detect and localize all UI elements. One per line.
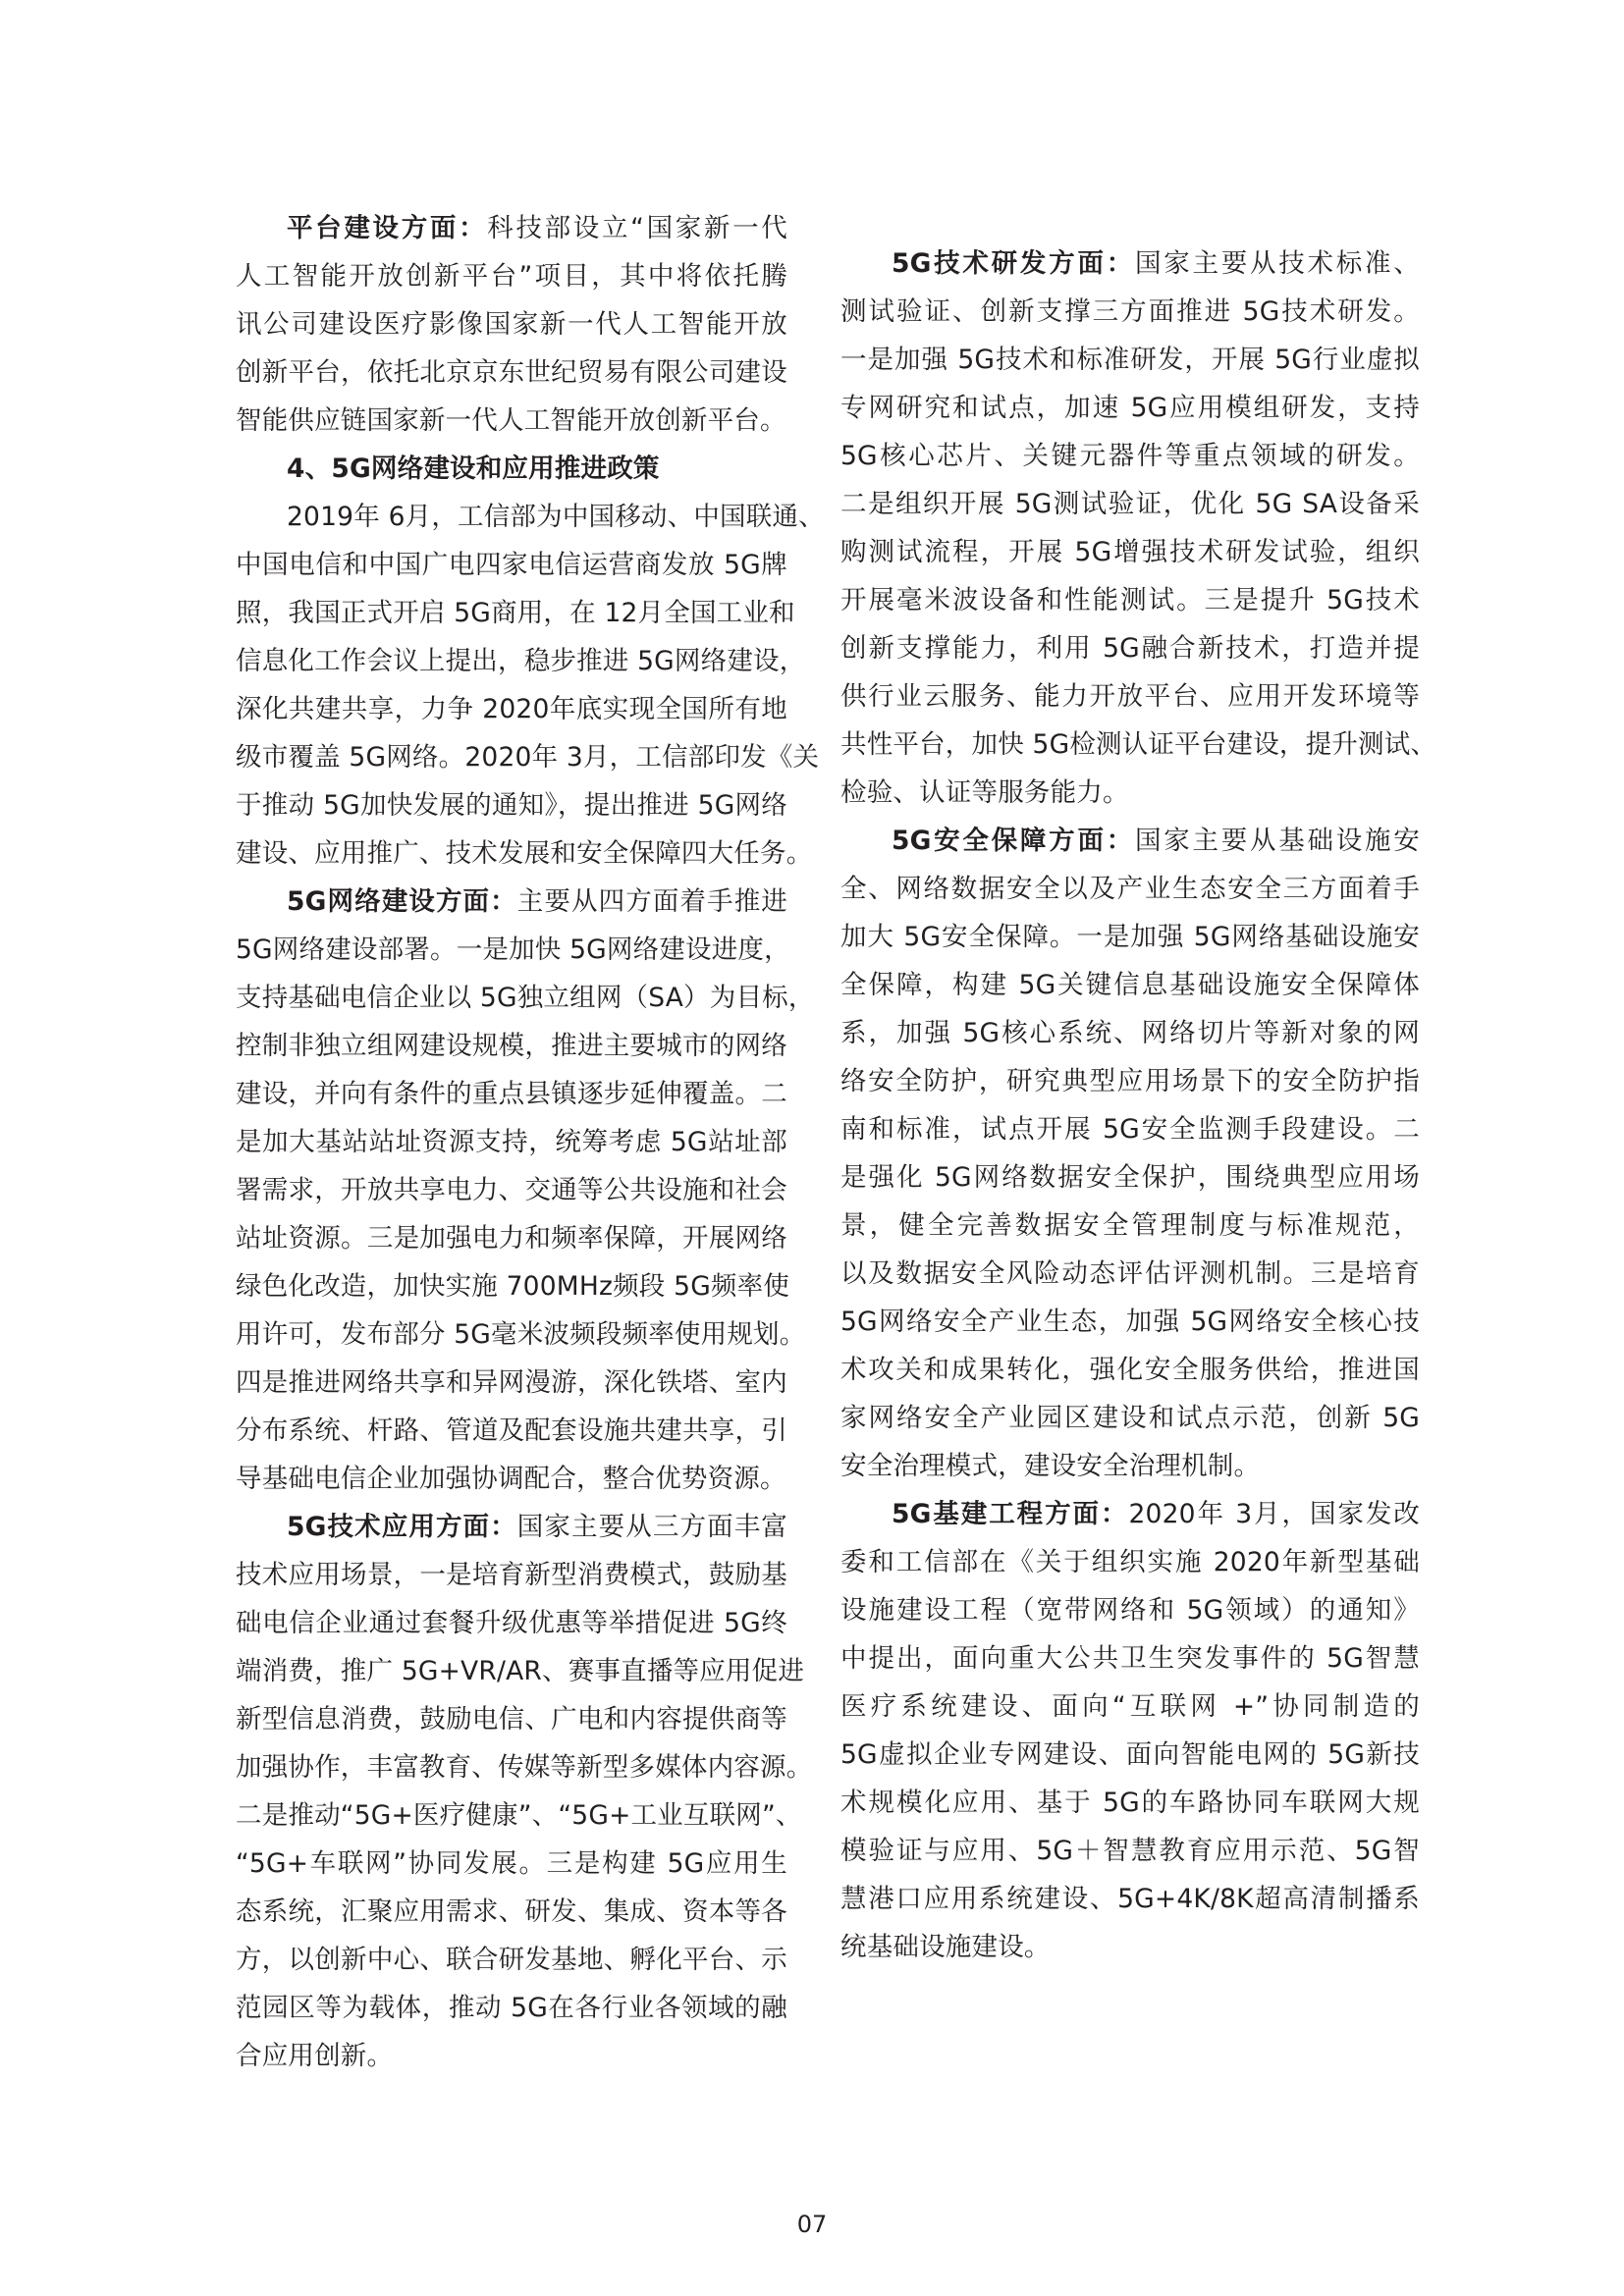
text-line: 技术应用场景，一是培育新型消费模式，鼓励基 [236,1551,787,1599]
text-line: 态系统，汇聚应用需求、研发、集成、资本等各 [236,1888,787,1936]
document-page: 平台建设方面：科技部设立“国家新一代 人工智能开放创新平台”项目，其中将依托腾 … [0,0,1624,2296]
paragraph-5g-infrastructure: 5G基建工程方面：2020年 3月，国家发改 委和工信部在《关于组织实施 202… [840,1490,1420,1971]
text-line: 测试验证、创新支撑三方面推进 5G技术研发。 [840,288,1420,336]
text-line: 统基础设施建设。 [840,1923,1420,1971]
text-line: 站址资源。三是加强电力和频率保障，开展网络 [236,1214,787,1262]
text-line: 四是推进网络共享和异网漫游，深化铁塔、室内 [236,1359,787,1407]
text-line: 建设，并向有条件的重点县镇逐步延伸覆盖。二 [236,1070,787,1118]
paragraph-5g-policy-intro: 2019年 6月，工信部为中国移动、中国联通、 中国电信和中国广电四家电信运营商… [236,493,787,878]
text-line: 中提出，面向重大公共卫生突发事件的 5G智慧 [840,1634,1420,1682]
text-line: 中国电信和中国广电四家电信运营商发放 5G牌 [236,541,787,589]
text-line: 5G网络建设部署。一是加快 5G网络建设进度， [236,926,787,974]
paragraph-5g-technology-application: 5G技术应用方面：国家主要从三方面丰富 技术应用场景，一是培育新型消费模式，鼓励… [236,1503,787,2080]
text-line: 于推动 5G加快发展的通知》，提出推进 5G网络 [236,781,787,829]
text-line: 加大 5G安全保障。一是加强 5G网络基础设施安 [840,913,1420,961]
text-line: 术规模化应用、基于 5G的车路协同车联网大规 [840,1779,1420,1827]
text-line: 2019年 6月，工信部为中国移动、中国联通、 [236,493,787,541]
text-line: 专网研究和试点，加速 5G应用模组研发，支持 [840,384,1420,432]
paragraph-platform-construction: 平台建设方面：科技部设立“国家新一代 人工智能开放创新平台”项目，其中将依托腾 … [236,204,787,445]
text-line: 端消费，推广 5G+VR/AR、赛事直播等应用促进 [236,1647,787,1695]
text-line: 用许可，发布部分 5G毫米波频段频率使用规划。 [236,1310,787,1359]
text-line: 级市覆盖 5G网络。2020年 3月，工信部印发《关 [236,733,787,781]
text-line: 建设、应用推广、技术发展和安全保障四大任务。 [236,829,787,878]
text-line: 讯公司建设医疗影像国家新一代人工智能开放 [236,300,787,348]
text-line: 安全治理模式，建设安全治理机制。 [840,1442,1420,1490]
text-line: 开展毫米波设备和性能测试。三是提升 5G技术 [840,576,1420,624]
text-line: 术攻关和成果转化，强化安全服务供给，推进国 [840,1346,1420,1394]
text-line: 一是加强 5G技术和标准研发，开展 5G行业虚拟 [840,336,1420,384]
text-line: 加强协作，丰富教育、传媒等新型多媒体内容源。 [236,1743,787,1791]
text-line: 医疗系统建设、面向“互联网 +”协同制造的 [840,1682,1420,1731]
text-line: 照，我国正式开启 5G商用，在 12月全国工业和 [236,589,787,637]
text-line: 二是推动“5G+医疗健康”、“5G+工业互联网”、 [236,1791,787,1840]
text-line: 全保障，构建 5G关键信息基础设施安全保障体 [840,961,1420,1009]
text-line: 供行业云服务、能力开放平台、应用开发环境等 [840,672,1420,721]
text-line: 信息化工作会议上提出，稳步推进 5G网络建设， [236,637,787,685]
text-line: 5G虚拟企业专网建设、面向智能电网的 5G新技 [840,1731,1420,1779]
page-number: 07 [0,2211,1624,2238]
text-line: 导基础电信企业加强协调配合，整合优势资源。 [236,1455,787,1503]
text-line: 支持基础电信企业以 5G独立组网（SA）为目标， [236,974,787,1022]
text-line: 深化共建共享，力争 2020年底实现全国所有地 [236,685,787,733]
paragraph-lead: 5G基建工程方面： [892,1499,1128,1529]
text-line: 5G技术研发方面：国家主要从技术标准、 [840,240,1420,288]
paragraph-lead: 平台建设方面： [287,213,487,243]
text-line: 委和工信部在《关于组织实施 2020年新型基础 [840,1538,1420,1586]
text-line: 检验、认证等服务能力。 [840,769,1420,817]
text-line: 系，加强 5G核心系统、网络切片等新对象的网 [840,1009,1420,1057]
text-line: 范园区等为载体，推动 5G在各行业各领域的融 [236,1984,787,2032]
text-line: 是强化 5G网络数据安全保护，围绕典型应用场 [840,1153,1420,1201]
text-line: 是加大基站站址资源支持，统筹考虑 5G站址部 [236,1118,787,1166]
paragraph-lead: 5G安全保障方面： [892,826,1135,856]
left-column: 平台建设方面：科技部设立“国家新一代 人工智能开放创新平台”项目，其中将依托腾 … [236,204,787,2080]
text-line: 慧港口应用系统建设、5G+4K/8K超高清制播系 [840,1875,1420,1923]
text-line: 模验证与应用、5G＋智慧教育应用示范、5G智 [840,1827,1420,1875]
text-line: 以及数据安全风险动态评估评测机制。三是培育 [840,1250,1420,1298]
text-line: 新型信息消费，鼓励电信、广电和内容提供商等 [236,1695,787,1743]
text-line: 控制非独立组网建设规模，推进主要城市的网络 [236,1022,787,1070]
text-line: 础电信企业通过套餐升级优惠等举措促进 5G终 [236,1599,787,1647]
text-line: 创新平台，依托北京京东世纪贸易有限公司建设 [236,348,787,397]
text-line: 5G基建工程方面：2020年 3月，国家发改 [840,1490,1420,1538]
text-line: 合应用创新。 [236,2032,787,2080]
text-line: 分布系统、杆路、管道及配套设施共建共享，引 [236,1407,787,1455]
text-line: 购测试流程，开展 5G增强技术研发试验，组织 [840,528,1420,576]
paragraph-5g-network-construction: 5G网络建设方面：主要从四方面着手推进 5G网络建设部署。一是加快 5G网络建设… [236,878,787,1503]
text-line: 5G核心芯片、关键元器件等重点领域的研发。 [840,432,1420,480]
text-line: 智能供应链国家新一代人工智能开放创新平台。 [236,397,787,445]
paragraph-lead: 5G技术应用方面： [287,1512,517,1542]
text-line: 二是组织开展 5G测试验证，优化 5G SA设备采 [840,480,1420,528]
text-line: 共性平台，加快 5G检测认证平台建设，提升测试、 [840,721,1420,769]
paragraph-lead: 5G网络建设方面： [287,886,517,917]
right-column: 5G技术研发方面：国家主要从技术标准、 测试验证、创新支撑三方面推进 5G技术研… [840,240,1420,1971]
text-line: 5G网络安全产业生态，加强 5G网络安全核心技 [840,1298,1420,1346]
text-line: “5G+车联网”协同发展。三是构建 5G应用生 [236,1840,787,1888]
text-line: 创新支撑能力，利用 5G融合新技术，打造并提 [840,624,1420,672]
text-line: 家网络安全产业园区建设和试点示范，创新 5G [840,1394,1420,1442]
text-line: 署需求，开放共享电力、交通等公共设施和社会 [236,1166,787,1214]
paragraph-5g-technology-rnd: 5G技术研发方面：国家主要从技术标准、 测试验证、创新支撑三方面推进 5G技术研… [840,240,1420,817]
section-heading: 4、5G网络建设和应用推进政策 [236,445,787,493]
text-line: 绿色化改造，加快实施 700MHz频段 5G频率使 [236,1262,787,1310]
paragraph-5g-security: 5G安全保障方面：国家主要从基础设施安 全、网络数据安全以及产业生态安全三方面着… [840,817,1420,1490]
text-line: 方，以创新中心、联合研发基地、孵化平台、示 [236,1936,787,1984]
text-line: 5G安全保障方面：国家主要从基础设施安 [840,817,1420,865]
text-line: 全、网络数据安全以及产业生态安全三方面着手 [840,865,1420,913]
text-line: 景，健全完善数据安全管理制度与标准规范， [840,1201,1420,1250]
text-line: 络安全防护，研究典型应用场景下的安全防护指 [840,1057,1420,1105]
text-line: 南和标准，试点开展 5G安全监测手段建设。二 [840,1105,1420,1153]
text-line: 设施建设工程（宽带网络和 5G领域）的通知》 [840,1586,1420,1634]
paragraph-lead: 5G技术研发方面： [892,248,1135,279]
text-line: 5G网络建设方面：主要从四方面着手推进 [236,878,787,926]
text-line: 人工智能开放创新平台”项目，其中将依托腾 [236,252,787,300]
text-line: 5G技术应用方面：国家主要从三方面丰富 [236,1503,787,1551]
text-line: 平台建设方面：科技部设立“国家新一代 [236,204,787,252]
